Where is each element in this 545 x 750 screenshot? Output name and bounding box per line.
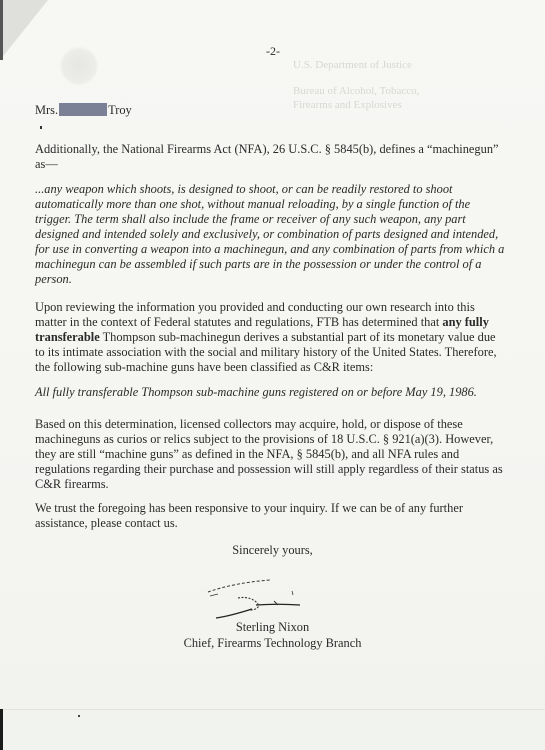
bleed-through-line: Firearms and Explosives	[293, 98, 402, 112]
determination-text-after: Thompson sub-machinegun derives a substa…	[35, 330, 497, 374]
determination-text-before: Upon reviewing the information you provi…	[35, 300, 475, 329]
bleed-through-line: U.S. Department of Justice	[293, 58, 412, 72]
closing-salutation: Sincerely yours,	[0, 543, 545, 558]
stray-mark	[78, 715, 80, 717]
bleed-through-seal-icon	[60, 46, 98, 86]
bleed-through-line: Bureau of Alcohol, Tobacco,	[293, 84, 419, 98]
salutation-prefix: Mrs.	[35, 103, 58, 117]
paragraph-classification: All fully transferable Thompson sub-mach…	[35, 385, 505, 400]
salutation: Mrs.Troy	[35, 103, 132, 118]
paragraph-closing: We trust the foregoing has been responsi…	[35, 501, 505, 531]
salutation-surname: Troy	[108, 103, 132, 117]
handwritten-signature-icon	[200, 574, 320, 624]
paragraph-collectors: Based on this determination, licensed co…	[35, 417, 505, 492]
letter-page: U.S. Department of Justice Bureau of Alc…	[0, 0, 545, 710]
signer-name: Sterling Nixon	[0, 620, 545, 635]
paragraph-nfa-definition: ...any weapon which shoots, is designed …	[35, 182, 505, 287]
stray-mark	[40, 126, 42, 129]
page-edge-shadow	[0, 0, 3, 60]
paragraph-determination: Upon reviewing the information you provi…	[35, 300, 505, 375]
paragraph-nfa-intro: Additionally, the National Firearms Act …	[35, 142, 505, 172]
redaction-block	[59, 103, 107, 116]
signer-title: Chief, Firearms Technology Branch	[0, 636, 545, 651]
page-number: -2-	[266, 44, 280, 59]
scan-edge	[0, 709, 3, 750]
background-surface	[0, 709, 545, 750]
folded-corner	[0, 0, 48, 60]
